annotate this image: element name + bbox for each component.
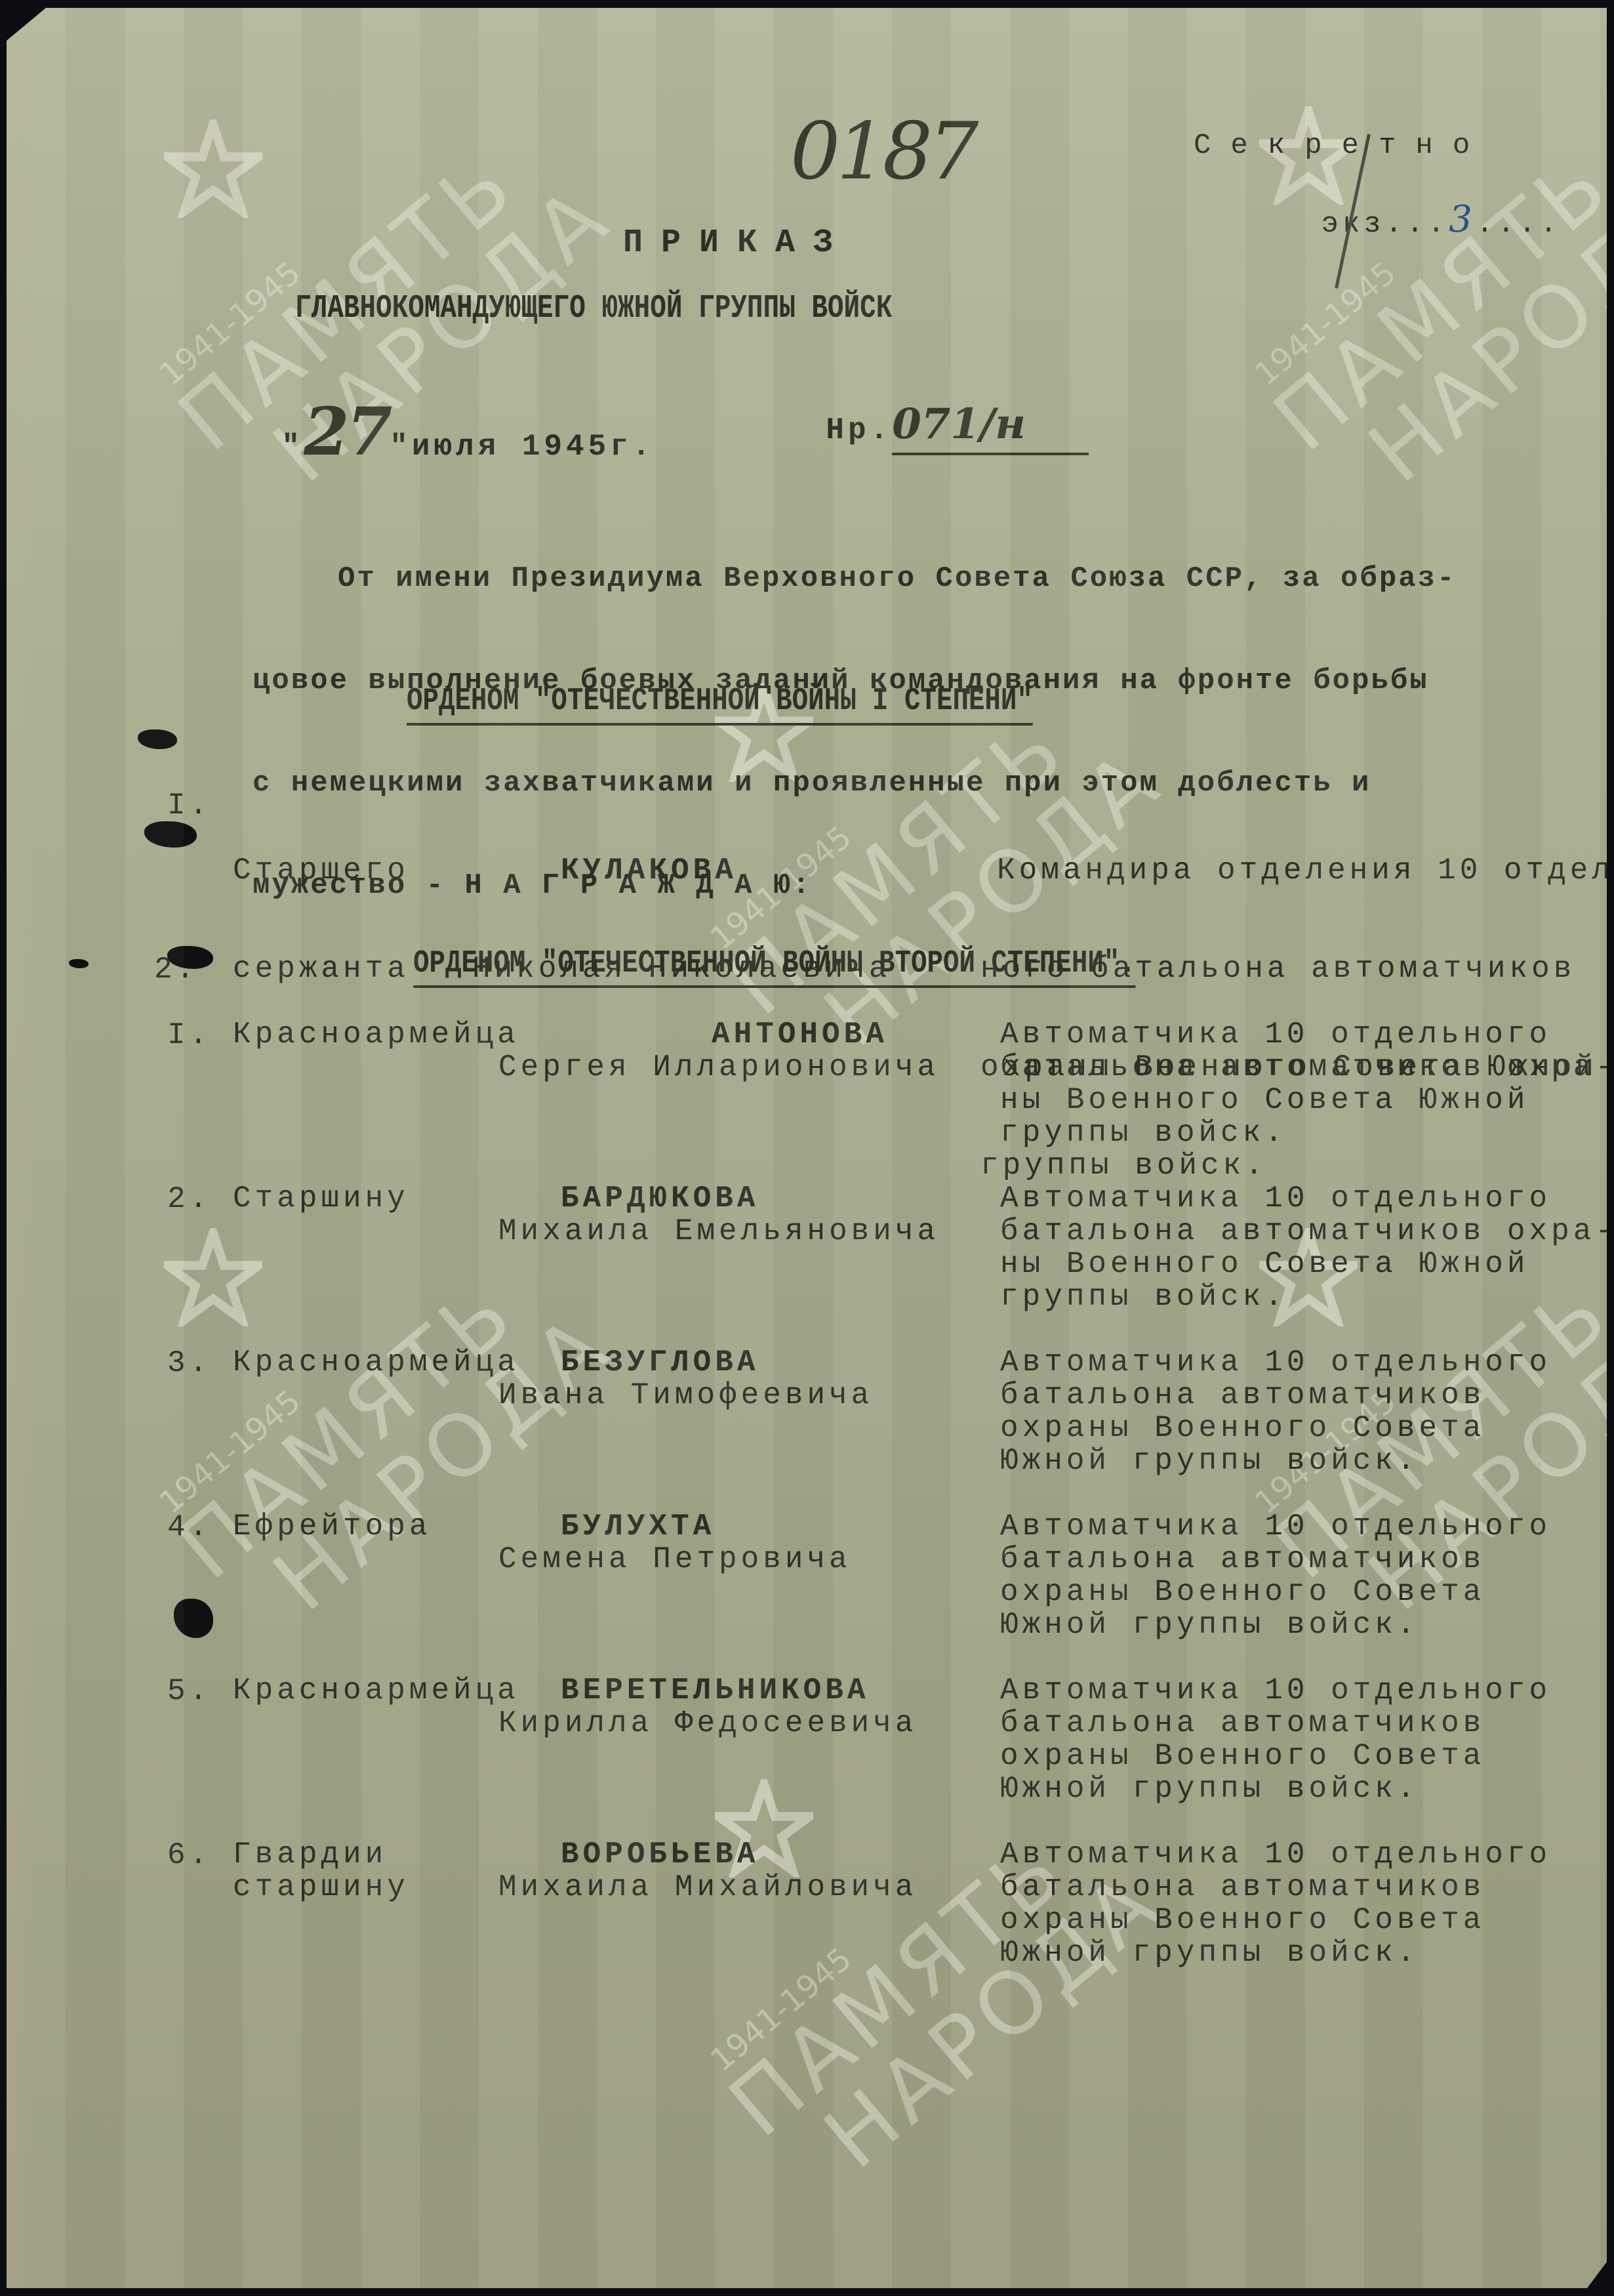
entry-number: 5.: [167, 1674, 211, 1708]
position-line: батальона автоматчиков: [1000, 1871, 1551, 1904]
position-line: Южной группы войск.: [1000, 1773, 1551, 1805]
rank-line: Ефрейтора: [233, 1510, 431, 1543]
rank-line: Красноармейца: [233, 1674, 519, 1707]
preamble-line: цовое выполнение боевых заданий командов…: [252, 664, 1456, 698]
entry-rank: Красноармейца: [233, 1346, 519, 1379]
copy-number-line: экз...3....: [1236, 165, 1561, 274]
position-line: ны Военного Совета Южной: [1000, 1248, 1614, 1281]
entry-position: Автоматчика 10 отдельногобатальона автом…: [1000, 1838, 1551, 1969]
watermark-line1: ПАМЯТЬ: [1260, 1233, 1614, 1593]
position-line: Автоматчика 10 отдельного: [1000, 1838, 1551, 1871]
position-line: Южной группы войск.: [1000, 1937, 1551, 1969]
punch-hole: [174, 1599, 213, 1638]
order-label: Нр.: [826, 413, 892, 447]
watermark-line2: НАРОДА: [260, 171, 625, 497]
watermark: 1941-1945 ПАМЯТЬ НАРОДА: [1240, 1209, 1614, 1658]
order-date: "27"июля 1945г.: [193, 359, 654, 504]
star-icon: [715, 684, 813, 782]
pencil-slash: [1335, 134, 1371, 289]
entry-name: ВЕРЕТЕЛЬНИКОВАКирилла Федосеевича: [498, 1674, 918, 1740]
position-line: группы войск.: [1000, 1281, 1614, 1313]
star-icon: [715, 1779, 813, 1877]
rank-line: старшину: [233, 1871, 409, 1904]
entry-position: Командира отделения 10 отдел ного баталь…: [980, 789, 1614, 1248]
entry-position: Автоматчика 10 отдельногобатальона автом…: [1000, 1510, 1551, 1641]
entry-surname: ВЕРЕТЕЛЬНИКОВА: [561, 1674, 918, 1707]
position-line: Автоматчика 10 отдельного: [1000, 1510, 1551, 1543]
star-icon: [1259, 106, 1358, 205]
order-number: 071/н: [892, 400, 1089, 455]
position-line: группы войск.: [980, 1149, 1614, 1182]
position-line: ны Военного Совета Южной: [1000, 1084, 1614, 1117]
preamble-line: с немецкими захватчиками и проявленные п…: [252, 766, 1456, 800]
section-2-number: 2.: [154, 953, 198, 987]
position-line: охраны Военного Совета: [1000, 1412, 1551, 1445]
punch-hole: [144, 821, 197, 848]
watermark: 1941-1945 ПАМЯТЬ НАРОДА: [144, 81, 625, 530]
section-1-title: ОРДЕНОМ "ОТЕЧЕСТВЕННОЙ ВОЙНЫ I СТЕПЕНИ": [407, 684, 1033, 726]
position-line: охраны Военного Совета: [1000, 1576, 1551, 1609]
star-icon: [1259, 1228, 1358, 1326]
entry-rank: Красноармейца: [233, 1018, 519, 1051]
entry-surname: БЕЗУГЛОВА: [561, 1346, 873, 1379]
entry-number: 4.: [167, 1510, 211, 1544]
punch-hole: [138, 729, 177, 749]
position-line: Южной группы войск.: [1000, 1609, 1551, 1641]
preamble-line: мужество - Н А Г Р А Ж Д А Ю:: [252, 869, 1456, 903]
order-number-line: Нр.071/н: [738, 365, 1089, 489]
position-line: батальона автоматчиков: [1000, 1379, 1551, 1412]
position-line: батальона автоматчиков охра-: [1000, 1051, 1614, 1084]
position-line: охраны Военного Совета: [1000, 1904, 1551, 1937]
entry-number: 3.: [167, 1346, 211, 1380]
rank-line: Старшину: [233, 1182, 409, 1215]
rank-line: Старшего: [233, 854, 409, 887]
entry-number: I.: [167, 789, 211, 823]
entry-given-name: Кирилла Федосеевича: [498, 1707, 918, 1740]
watermark-line2: НАРОДА: [811, 735, 1176, 1061]
entry-name: БУЛУХТАСемена Петровича: [498, 1510, 851, 1576]
watermark-line2: НАРОДА: [811, 1856, 1176, 2183]
entry-given-name: Семена Петровича: [498, 1543, 851, 1576]
entry-given-name: Сергея Илларионовича: [498, 1051, 939, 1084]
entry-position: Автоматчика 10 отдельногобатальона автом…: [1000, 1674, 1551, 1805]
position-line: Автоматчика 10 отдельного: [1000, 1346, 1551, 1379]
position-line: Автоматчика 10 отдельного: [1000, 1674, 1551, 1707]
watermark: 1941-1945 ПАМЯТЬ НАРОДА: [1240, 81, 1614, 530]
watermark-years: 1941-1945: [1249, 81, 1610, 391]
entry-surname: КУЛАКОВА: [561, 854, 891, 887]
entry-position: Автоматчика 10 отдельногобатальона автом…: [1000, 1018, 1614, 1149]
watermark-years: 1941-1945: [154, 81, 515, 391]
watermark-line1: ПАМЯТЬ: [1260, 105, 1614, 464]
watermark-years: 1941-1945: [1249, 1209, 1610, 1519]
position-line: охраны Военного Совета: [1000, 1740, 1551, 1773]
position-line: Автоматчика 10 отдельного: [1000, 1182, 1614, 1215]
rank-line: Гвардии: [233, 1838, 409, 1871]
punch-hole: [69, 959, 89, 968]
entry-position: Автоматчика 10 отдельногобатальона автом…: [1000, 1182, 1614, 1313]
watermark-line2: НАРОДА: [260, 1299, 625, 1625]
entry-rank: Старшего сержанта: [233, 789, 409, 1051]
entry-surname: БАРДЮКОВА: [561, 1182, 939, 1215]
position-line: Автоматчика 10 отдельного: [1000, 1018, 1614, 1051]
watermark-line1: ПАМЯТЬ: [165, 105, 570, 464]
entry-rank: Старшину: [233, 1182, 409, 1215]
rank-line: Красноармейца: [233, 1346, 519, 1379]
entry-given-name: Михаила Михайловича: [498, 1871, 918, 1904]
position-line: ного батальона автоматчиков: [980, 953, 1614, 985]
entry-number: I.: [167, 1018, 211, 1052]
entry-name: ВОРОБЬЕВАМихаила Михайловича: [498, 1838, 918, 1904]
entry-surname: АНТОНОВА: [712, 1018, 939, 1051]
watermark-line1: ПАМЯТЬ: [716, 669, 1121, 1029]
entry-surname: БУЛУХТА: [561, 1510, 851, 1543]
copy-number: 3: [1449, 198, 1476, 241]
watermark: 1941-1945 ПАМЯТЬ НАРОДА: [144, 1209, 625, 1658]
punch-hole: [167, 946, 213, 969]
position-line: Командира отделения 10 отдел: [997, 854, 1614, 887]
document-title: ПРИКАЗ: [623, 224, 851, 262]
position-line: группы войск.: [1000, 1117, 1614, 1149]
rank-line: сержанта: [233, 953, 409, 985]
entry-rank: Красноармейца: [233, 1674, 519, 1707]
watermark-years: 1941-1945: [705, 1767, 1066, 2077]
handwritten-registry-number: 0187: [790, 106, 975, 197]
watermark-line2: НАРОДА: [1355, 1299, 1614, 1625]
entry-given-name: Николая Николаевича: [472, 953, 891, 985]
section-2-title: ОРДЕНОМ "ОТЕЧЕСТВЕННОЙ ВОЙНЫ ВТОРОЙ СТЕП…: [413, 946, 1136, 988]
rank-line: Красноармейца: [233, 1018, 519, 1051]
watermark: 1941-1945 ПАМЯТЬ НАРОДА: [695, 645, 1176, 1094]
entry-name: БАРДЮКОВАМихаила Емельяновича: [498, 1182, 939, 1248]
position-line: батальона автоматчиков: [1000, 1707, 1551, 1740]
date-day: 27: [304, 393, 390, 470]
entry-given-name: Ивана Тимофеевича: [498, 1379, 873, 1412]
date-month-year: июля 1945г.: [412, 430, 655, 464]
classification-label: Секретно: [1194, 129, 1489, 162]
document-page: 1941-1945 ПАМЯТЬ НАРОДА 1941-1945 ПАМЯТЬ…: [7, 8, 1607, 2288]
position-line: охраны Военного Совета Южной: [980, 1051, 1614, 1084]
star-icon: [164, 119, 262, 218]
watermark-years: 1941-1945: [705, 645, 1066, 955]
copy-label: экз.: [1321, 208, 1407, 241]
entry-name: АНТОНОВАСергея Илларионовича: [498, 1018, 939, 1084]
entry-number: 2.: [167, 1182, 211, 1216]
watermark-line2: НАРОДА: [1355, 171, 1614, 497]
entry-number: 6.: [167, 1838, 211, 1872]
entry-rank: Гвардиистаршину: [233, 1838, 409, 1904]
preamble-line: От имени Президиума Верховного Совета Со…: [338, 562, 1456, 596]
star-icon: [164, 1228, 262, 1326]
position-line: батальона автоматчиков: [1000, 1543, 1551, 1576]
entry-rank: Ефрейтора: [233, 1510, 431, 1543]
watermark-years: 1941-1945: [154, 1209, 515, 1519]
entry-given-name: Михаила Емельяновича: [498, 1215, 939, 1248]
watermark: 1941-1945 ПАМЯТЬ НАРОДА: [695, 1767, 1176, 2216]
watermark-line1: ПАМЯТЬ: [165, 1233, 570, 1593]
position-line: Южной группы войск.: [1000, 1445, 1551, 1477]
document-subtitle: ГЛАВНОКОМАНДУЮЩЕГО ЮЖНОЙ ГРУППЫ ВОЙСК: [295, 290, 892, 327]
preamble-text: От имени Президиума Верховного Совета Со…: [252, 493, 1456, 971]
entry-position: Автоматчика 10 отдельногобатальона автом…: [1000, 1346, 1551, 1477]
entry-name: БЕЗУГЛОВАИвана Тимофеевича: [498, 1346, 873, 1412]
entry-surname: ВОРОБЬЕВА: [561, 1838, 918, 1871]
entry-name: КУЛАКОВА Николая Николаевича: [472, 789, 891, 1051]
position-line: батальона автоматчиков охра-: [1000, 1215, 1614, 1248]
watermark-line1: ПАМЯТЬ: [716, 1791, 1121, 2150]
